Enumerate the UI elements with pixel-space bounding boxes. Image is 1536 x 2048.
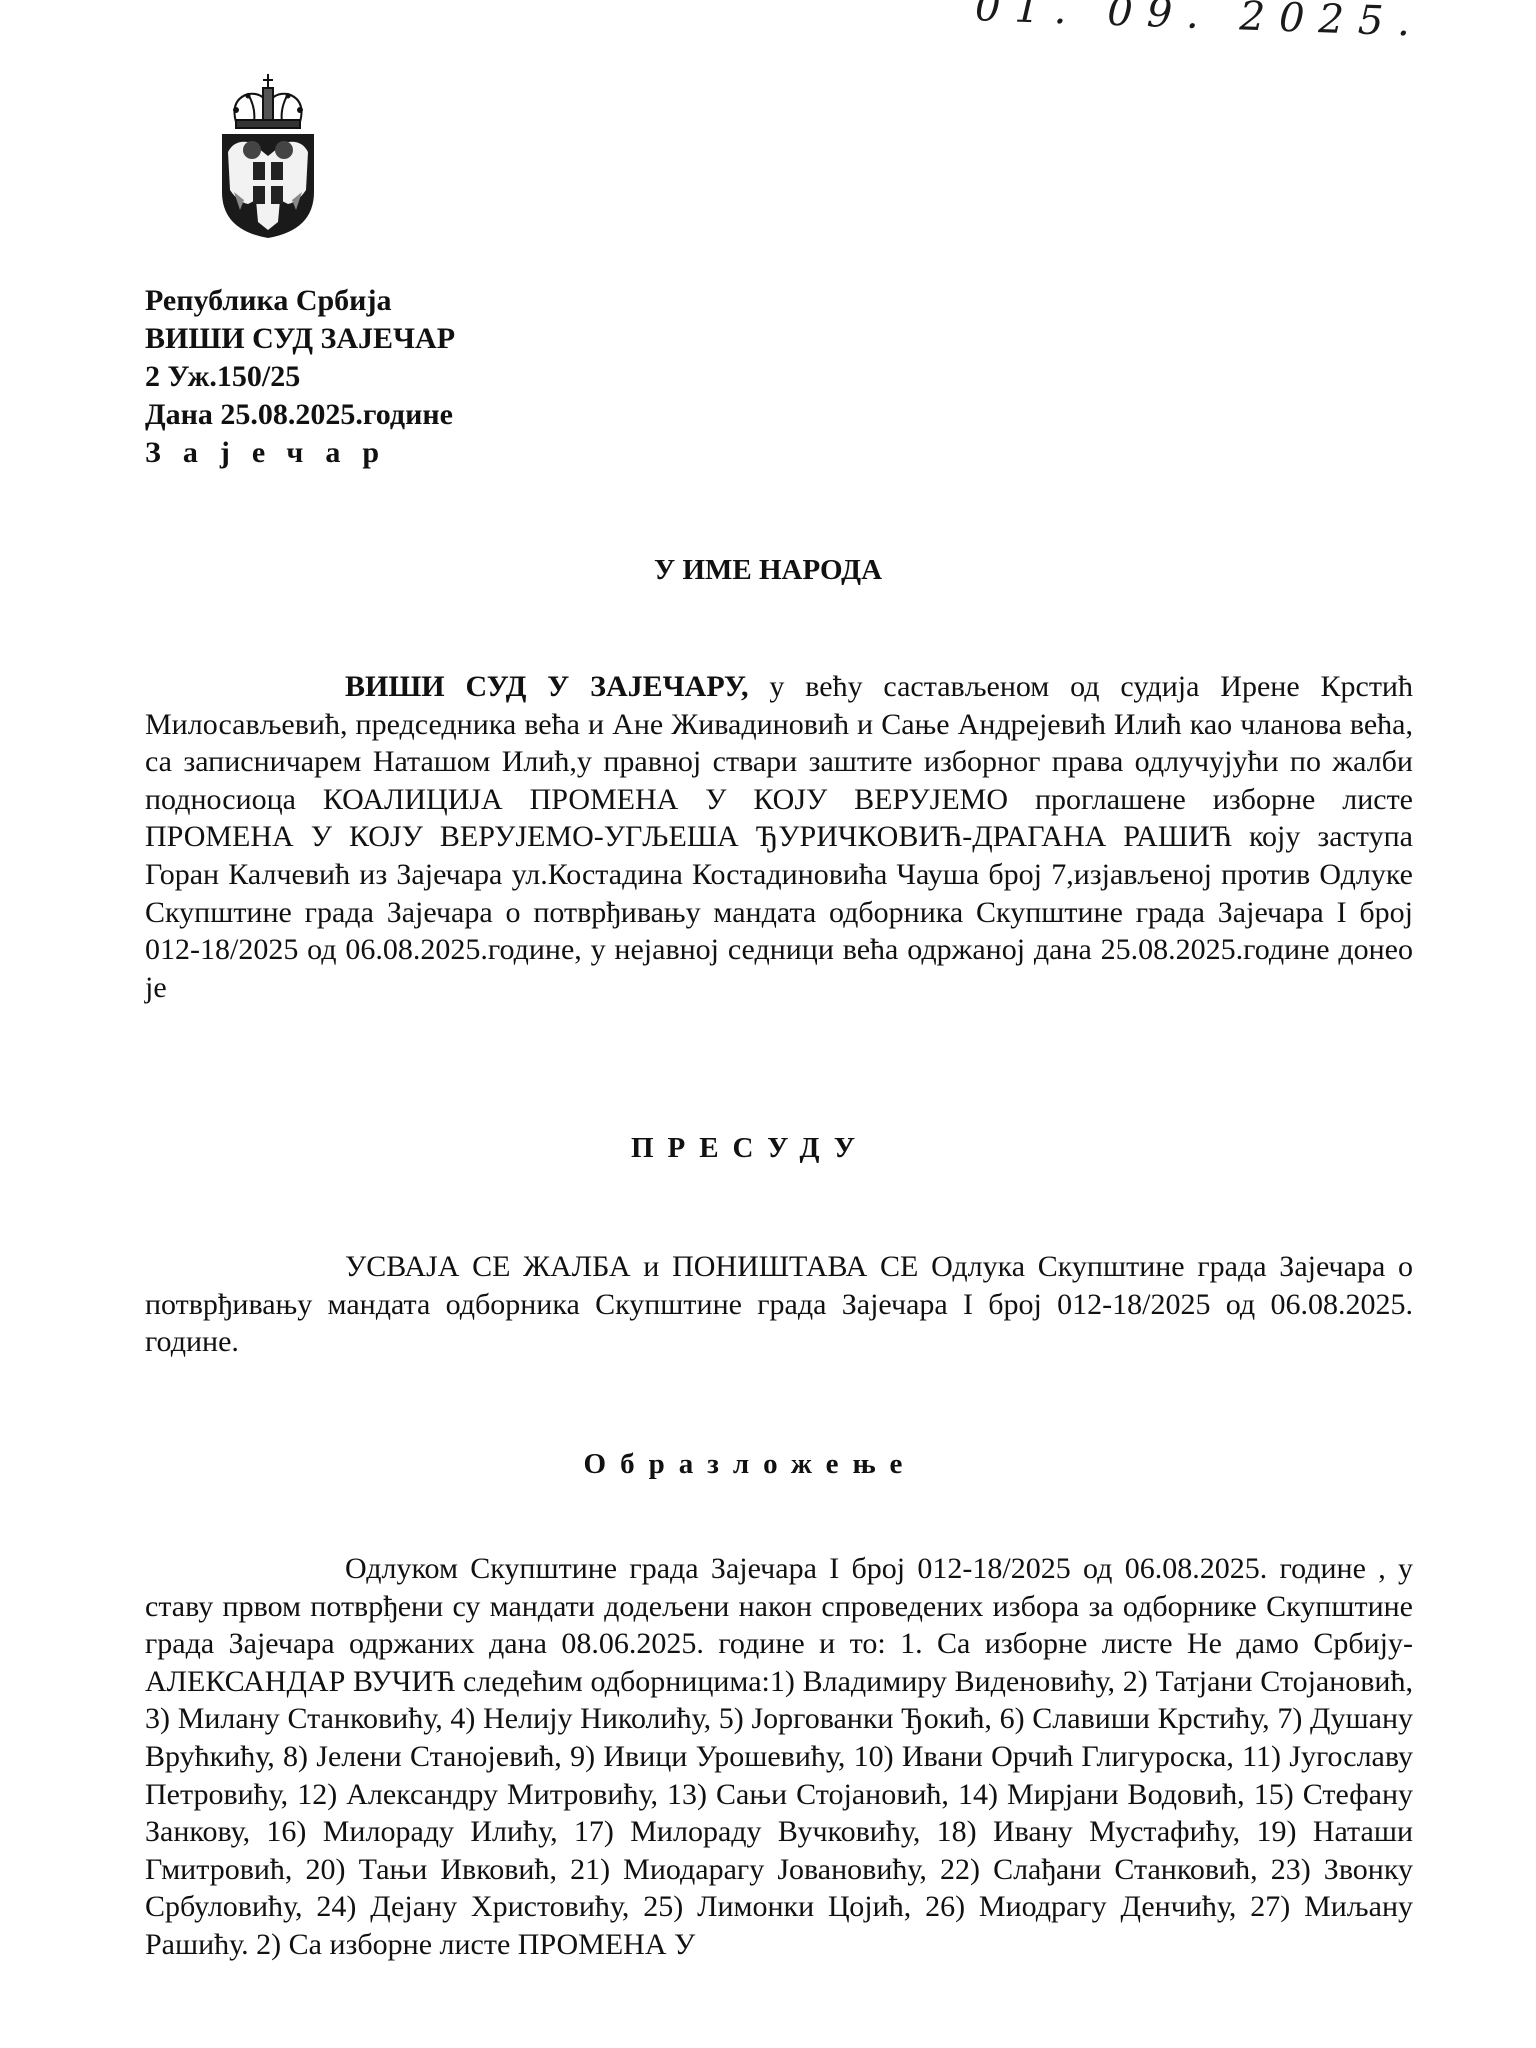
verdict-paragraph: УСВАЈА СЕ ЖАЛБА и ПОНИШТАВА СЕ Одлука Ск…	[145, 1248, 1413, 1361]
court-name-bold: ВИШИ СУД У ЗАЈЕЧАРУ,	[345, 670, 749, 703]
intro-paragraph: ВИШИ СУД У ЗАЈЕЧАРУ, у већу састављеном …	[145, 668, 1413, 1006]
intro-text: у већу састављеном од судија Ирене Крсти…	[145, 670, 1413, 1004]
country-name: Република Србија	[145, 282, 455, 320]
serbia-coat-of-arms-icon	[218, 72, 318, 242]
case-number: 2 Уж.150/25	[145, 358, 455, 396]
handwritten-received-date: 01. 09. 2025.	[974, 0, 1425, 46]
heading-in-the-name-of-people: У ИМЕ НАРОДА	[0, 554, 1536, 587]
court-name: ВИШИ СУД ЗАЈЕЧАР	[145, 320, 455, 358]
court-header: Република Србија ВИШИ СУД ЗАЈЕЧАР 2 Уж.1…	[145, 282, 455, 472]
heading-reasoning: Образложење	[0, 1448, 1518, 1481]
heading-verdict: ПРЕСУДУ	[0, 1132, 1518, 1165]
reasoning-paragraph: Одлуком Скупштине града Зајечара I број …	[145, 1550, 1413, 1964]
court-city: Зајечар	[145, 434, 455, 472]
document-date: Дана 25.08.2025.године	[145, 396, 455, 434]
